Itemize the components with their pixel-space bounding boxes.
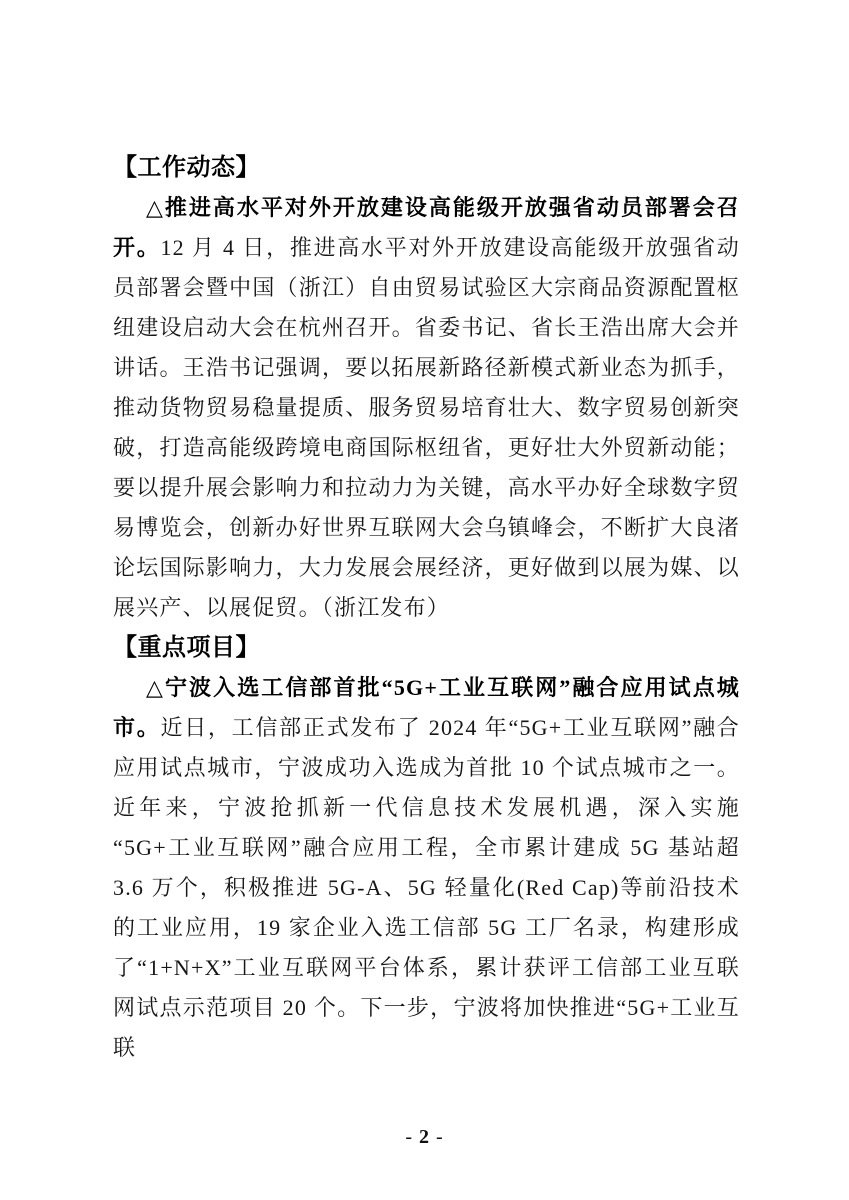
page-number-suffix: - [430, 1126, 444, 1148]
page-footer: - 2 - [0, 1122, 849, 1152]
page-number-prefix: - [405, 1126, 419, 1148]
section-work-updates: 【工作动态】 △推进高水平对外开放建设高能级开放强省动员部署会召开。12 月 4… [113, 148, 740, 628]
section-heading-work-updates: 【工作动态】 [113, 148, 740, 188]
page-number: 2 [419, 1126, 430, 1148]
paragraph-body: 12 月 4 日，推进高水平对外开放建设高能级开放强省动员部署会暨中国（浙江）自… [113, 235, 740, 620]
section-key-projects: 【重点项目】 △宁波入选工信部首批“5G+工业互联网”融合应用试点城市。近日，工… [113, 628, 740, 1068]
paragraph-work-updates: △推进高水平对外开放建设高能级开放强省动员部署会召开。12 月 4 日，推进高水… [113, 188, 740, 628]
document-page: 【工作动态】 △推进高水平对外开放建设高能级开放强省动员部署会召开。12 月 4… [0, 0, 849, 1200]
section-heading-key-projects: 【重点项目】 [113, 628, 740, 668]
paragraph-body: 近日，工信部正式发布了 2024 年“5G+工业互联网”融合应用试点城市，宁波成… [113, 715, 740, 1060]
paragraph-key-projects: △宁波入选工信部首批“5G+工业互联网”融合应用试点城市。近日，工信部正式发布了… [113, 668, 740, 1068]
